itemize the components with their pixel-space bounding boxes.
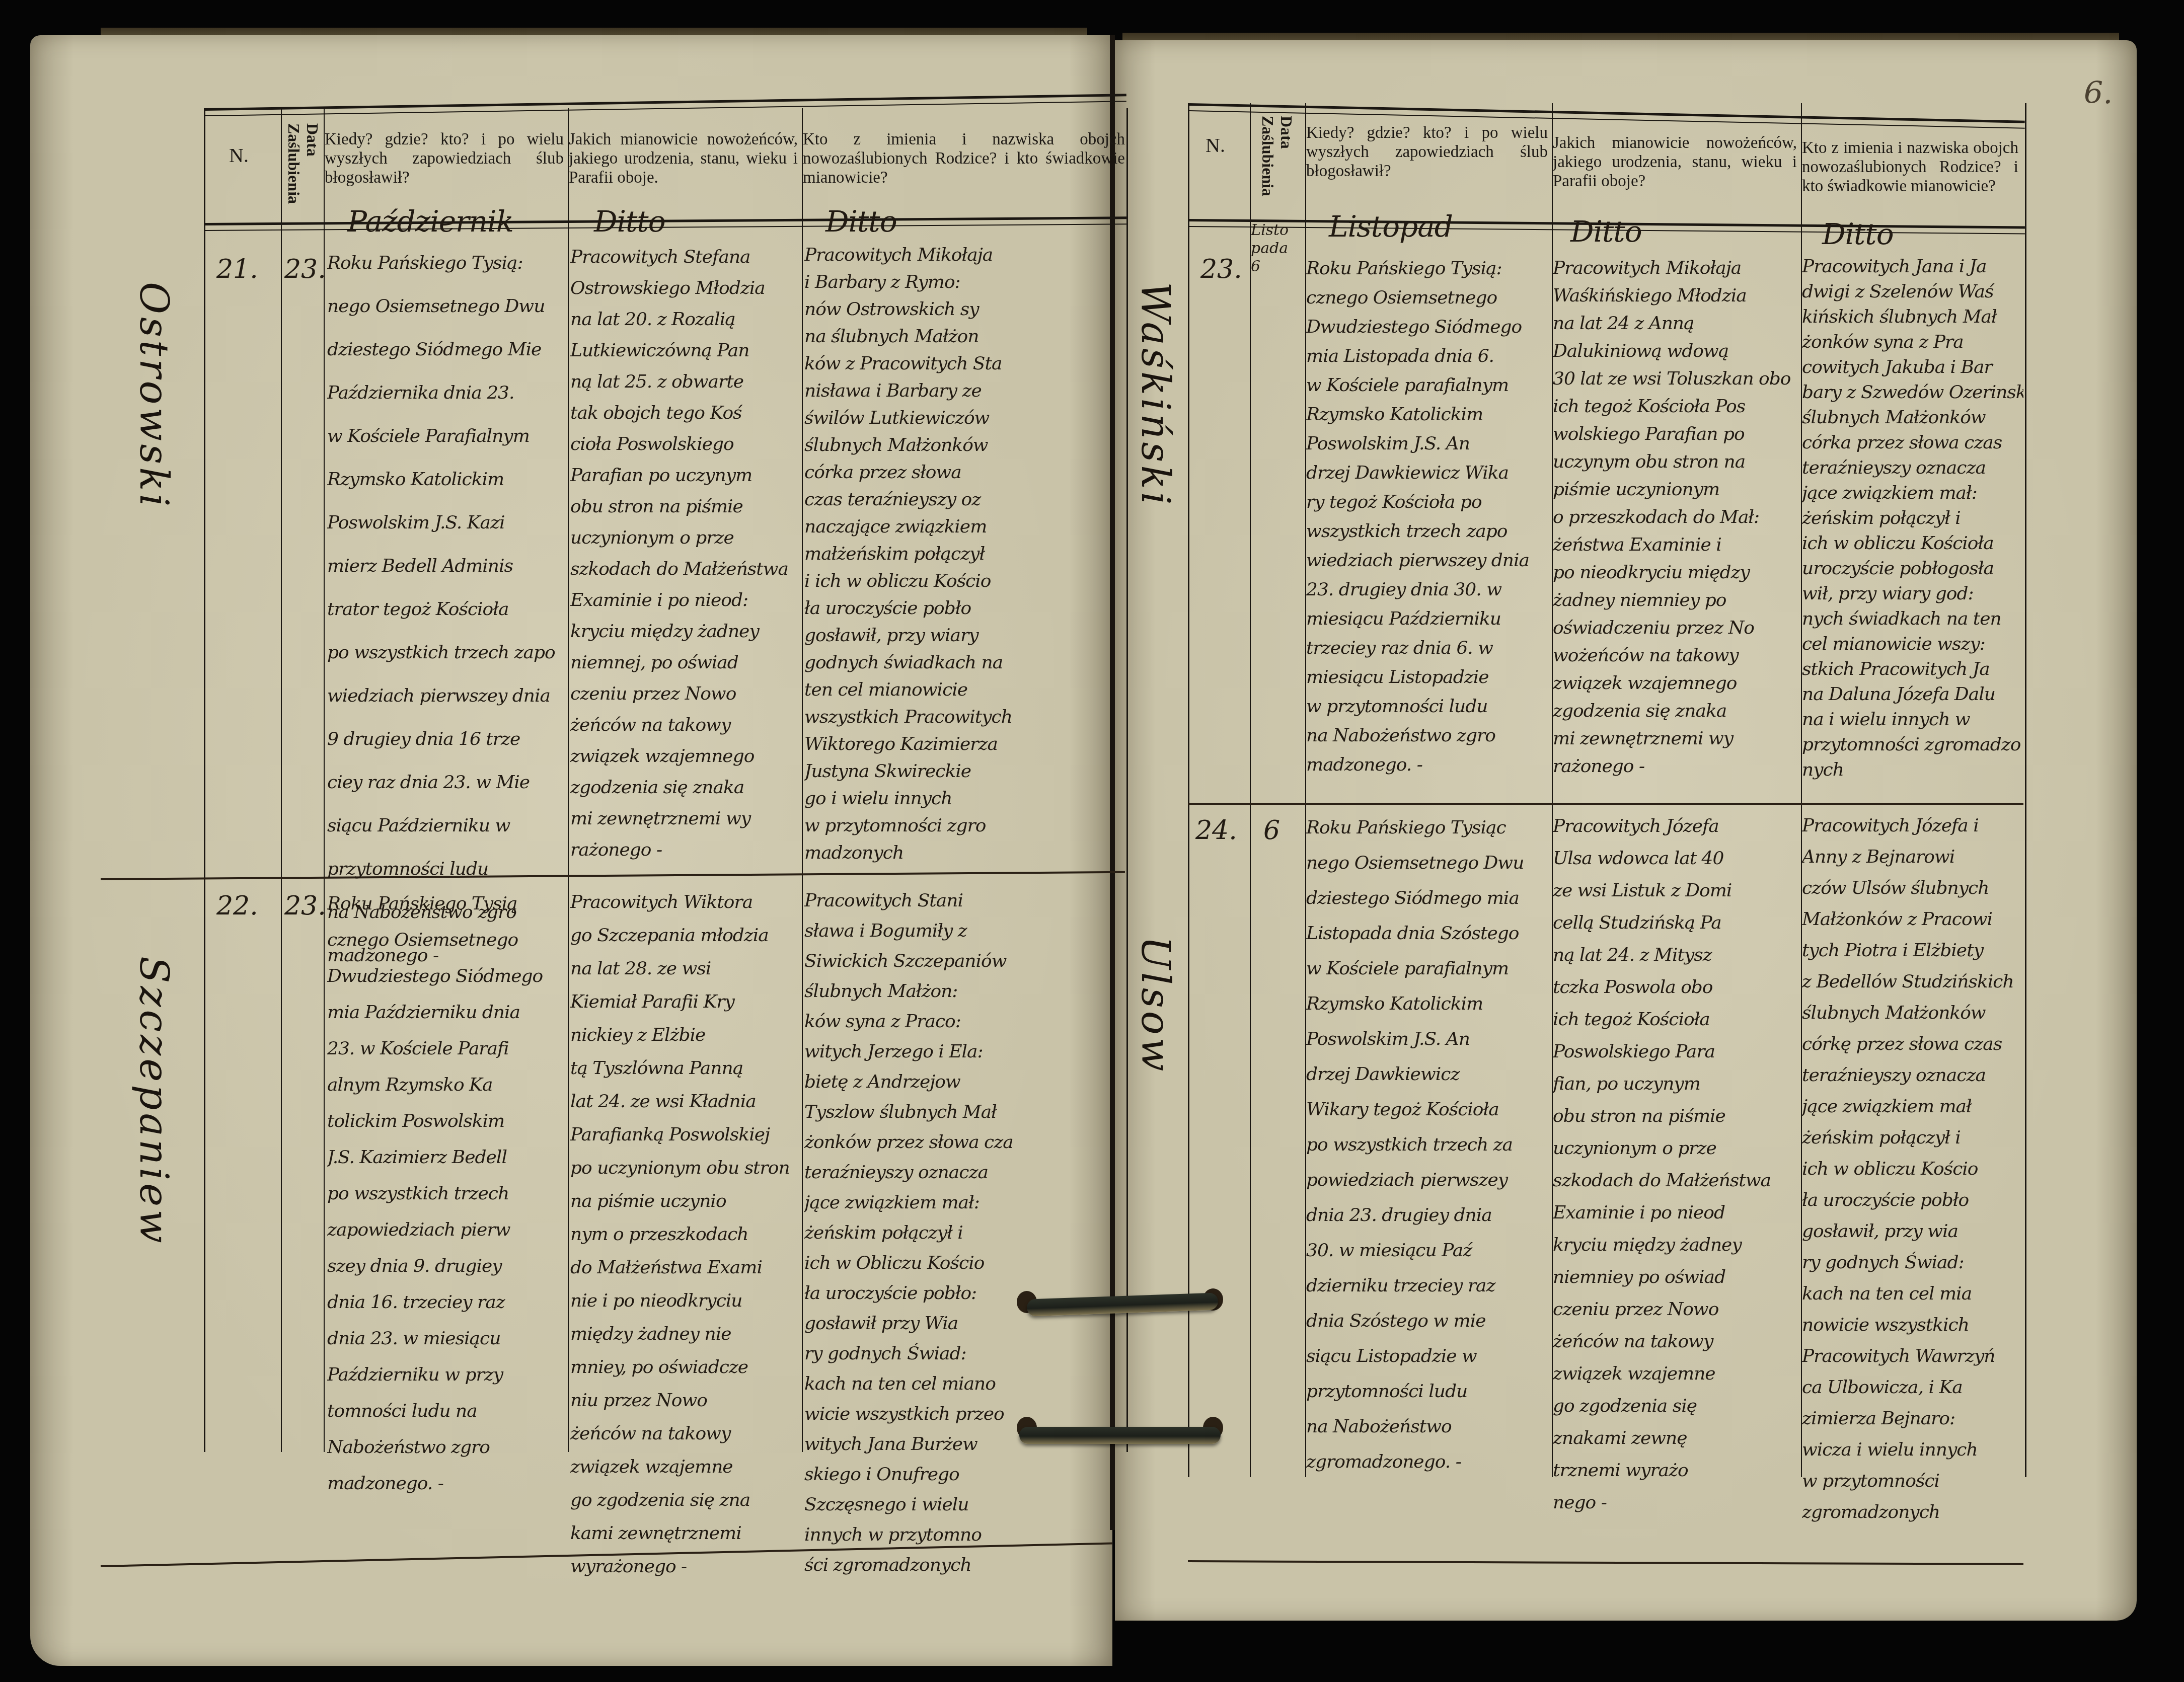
margin-surname: Szczepaniew	[131, 956, 176, 1246]
col-divider	[281, 108, 282, 1452]
col-divider	[1250, 103, 1251, 1477]
header-parents-witnesses: Kto z imienia i nazwiska obojch nowozaśl…	[803, 130, 1125, 187]
col-divider	[324, 108, 325, 1452]
entry-number: 22.	[216, 891, 258, 921]
entry-newlyweds-text: Pracowitych Stefana Ostrowskiego Młodzia…	[570, 242, 799, 866]
col-divider	[802, 108, 803, 1452]
binding-thread-icon	[1019, 1427, 1221, 1444]
entry-newlyweds-text: Pracowitych Wiktora go Szczepania młodzi…	[570, 886, 799, 1583]
entry-parents-text: Pracowitych Stani sława i Bogumiły z Siw…	[804, 886, 1026, 1580]
entry-when-where-text: Roku Pańskiego Tysiąc nego Osiemsetnego …	[1306, 810, 1548, 1480]
header-when-where: Kiedy? gdzie? kto? i po wielu wyszłych z…	[1306, 123, 1548, 181]
ditto-heading: Ditto	[1570, 211, 1642, 252]
header-n: N.	[1206, 136, 1225, 155]
ditto-heading: Ditto	[825, 201, 897, 242]
margin-surname: Waśkiński	[1133, 282, 1178, 508]
margin-surname: Ulsow	[1133, 936, 1178, 1074]
entry-date: 23.	[284, 254, 326, 284]
header-date: Data Zaślubienia	[1258, 116, 1296, 211]
header-parents-witnesses: Kto z imienia i nazwiska obojch nowozaśl…	[1802, 138, 2018, 196]
entry-newlyweds-text: Pracowitych Mikołaja Waśkińskiego Młodzi…	[1553, 254, 1799, 780]
header-bottom-rule-thin	[205, 223, 1126, 231]
entry-divider	[1188, 803, 2023, 805]
month-heading: Listopad	[1329, 206, 1453, 247]
entry-newlyweds-text: Pracowitych Józefa Ulsa wdowca lat 40 ze…	[1553, 810, 1799, 1519]
entry-when-where-text: Roku Pańskiego Tysią: nego Osiemsetnego …	[327, 242, 564, 977]
entry-when-where-text: Roku Pańskiego Tysią cznego Osiemsetnego…	[327, 886, 564, 1502]
header-n: N.	[229, 146, 249, 165]
month-heading: Paździer­nik	[347, 201, 513, 242]
entry-when-where-text: Roku Pańskiego Tysią: cznego Osiemsetneg…	[1306, 254, 1548, 780]
entry-number: 23.	[1200, 254, 1242, 284]
header-when-where: Kiedy? gdzie? kto? i po wielu wyszłych z…	[325, 130, 564, 187]
header-newlyweds: Jakich mianowicie nowożeńców, jakiego ur…	[1553, 133, 1797, 191]
ditto-heading: Ditto	[1822, 214, 1894, 254]
col-divider	[568, 108, 569, 1452]
entry-number: 24.	[1195, 815, 1237, 846]
entry-number: 21.	[216, 254, 258, 284]
ditto-heading: Ditto	[594, 201, 665, 242]
entry-date: Listo pada 6	[1251, 221, 1301, 276]
entry-parents-text: Pracowitych Jana i Ja dwigi z Szelenów W…	[1802, 254, 2023, 783]
margin-surname: Ostrowski	[131, 282, 176, 510]
entry-date: 6	[1263, 815, 1280, 846]
header-newlyweds: Jakich mianowicie nowożeńców, jakiego ur…	[569, 130, 798, 187]
header-date: Data Zaślubienia	[284, 123, 322, 214]
entry-parents-text: Pracowitych Mikołaja i Barbary z Rymo: n…	[804, 242, 1026, 867]
folio-number: 6.	[2084, 75, 2113, 111]
entry-parents-text: Pracowitych Józefa i Anny z Bejnarowi cz…	[1802, 810, 2023, 1528]
entry-date: 23.	[284, 891, 326, 921]
